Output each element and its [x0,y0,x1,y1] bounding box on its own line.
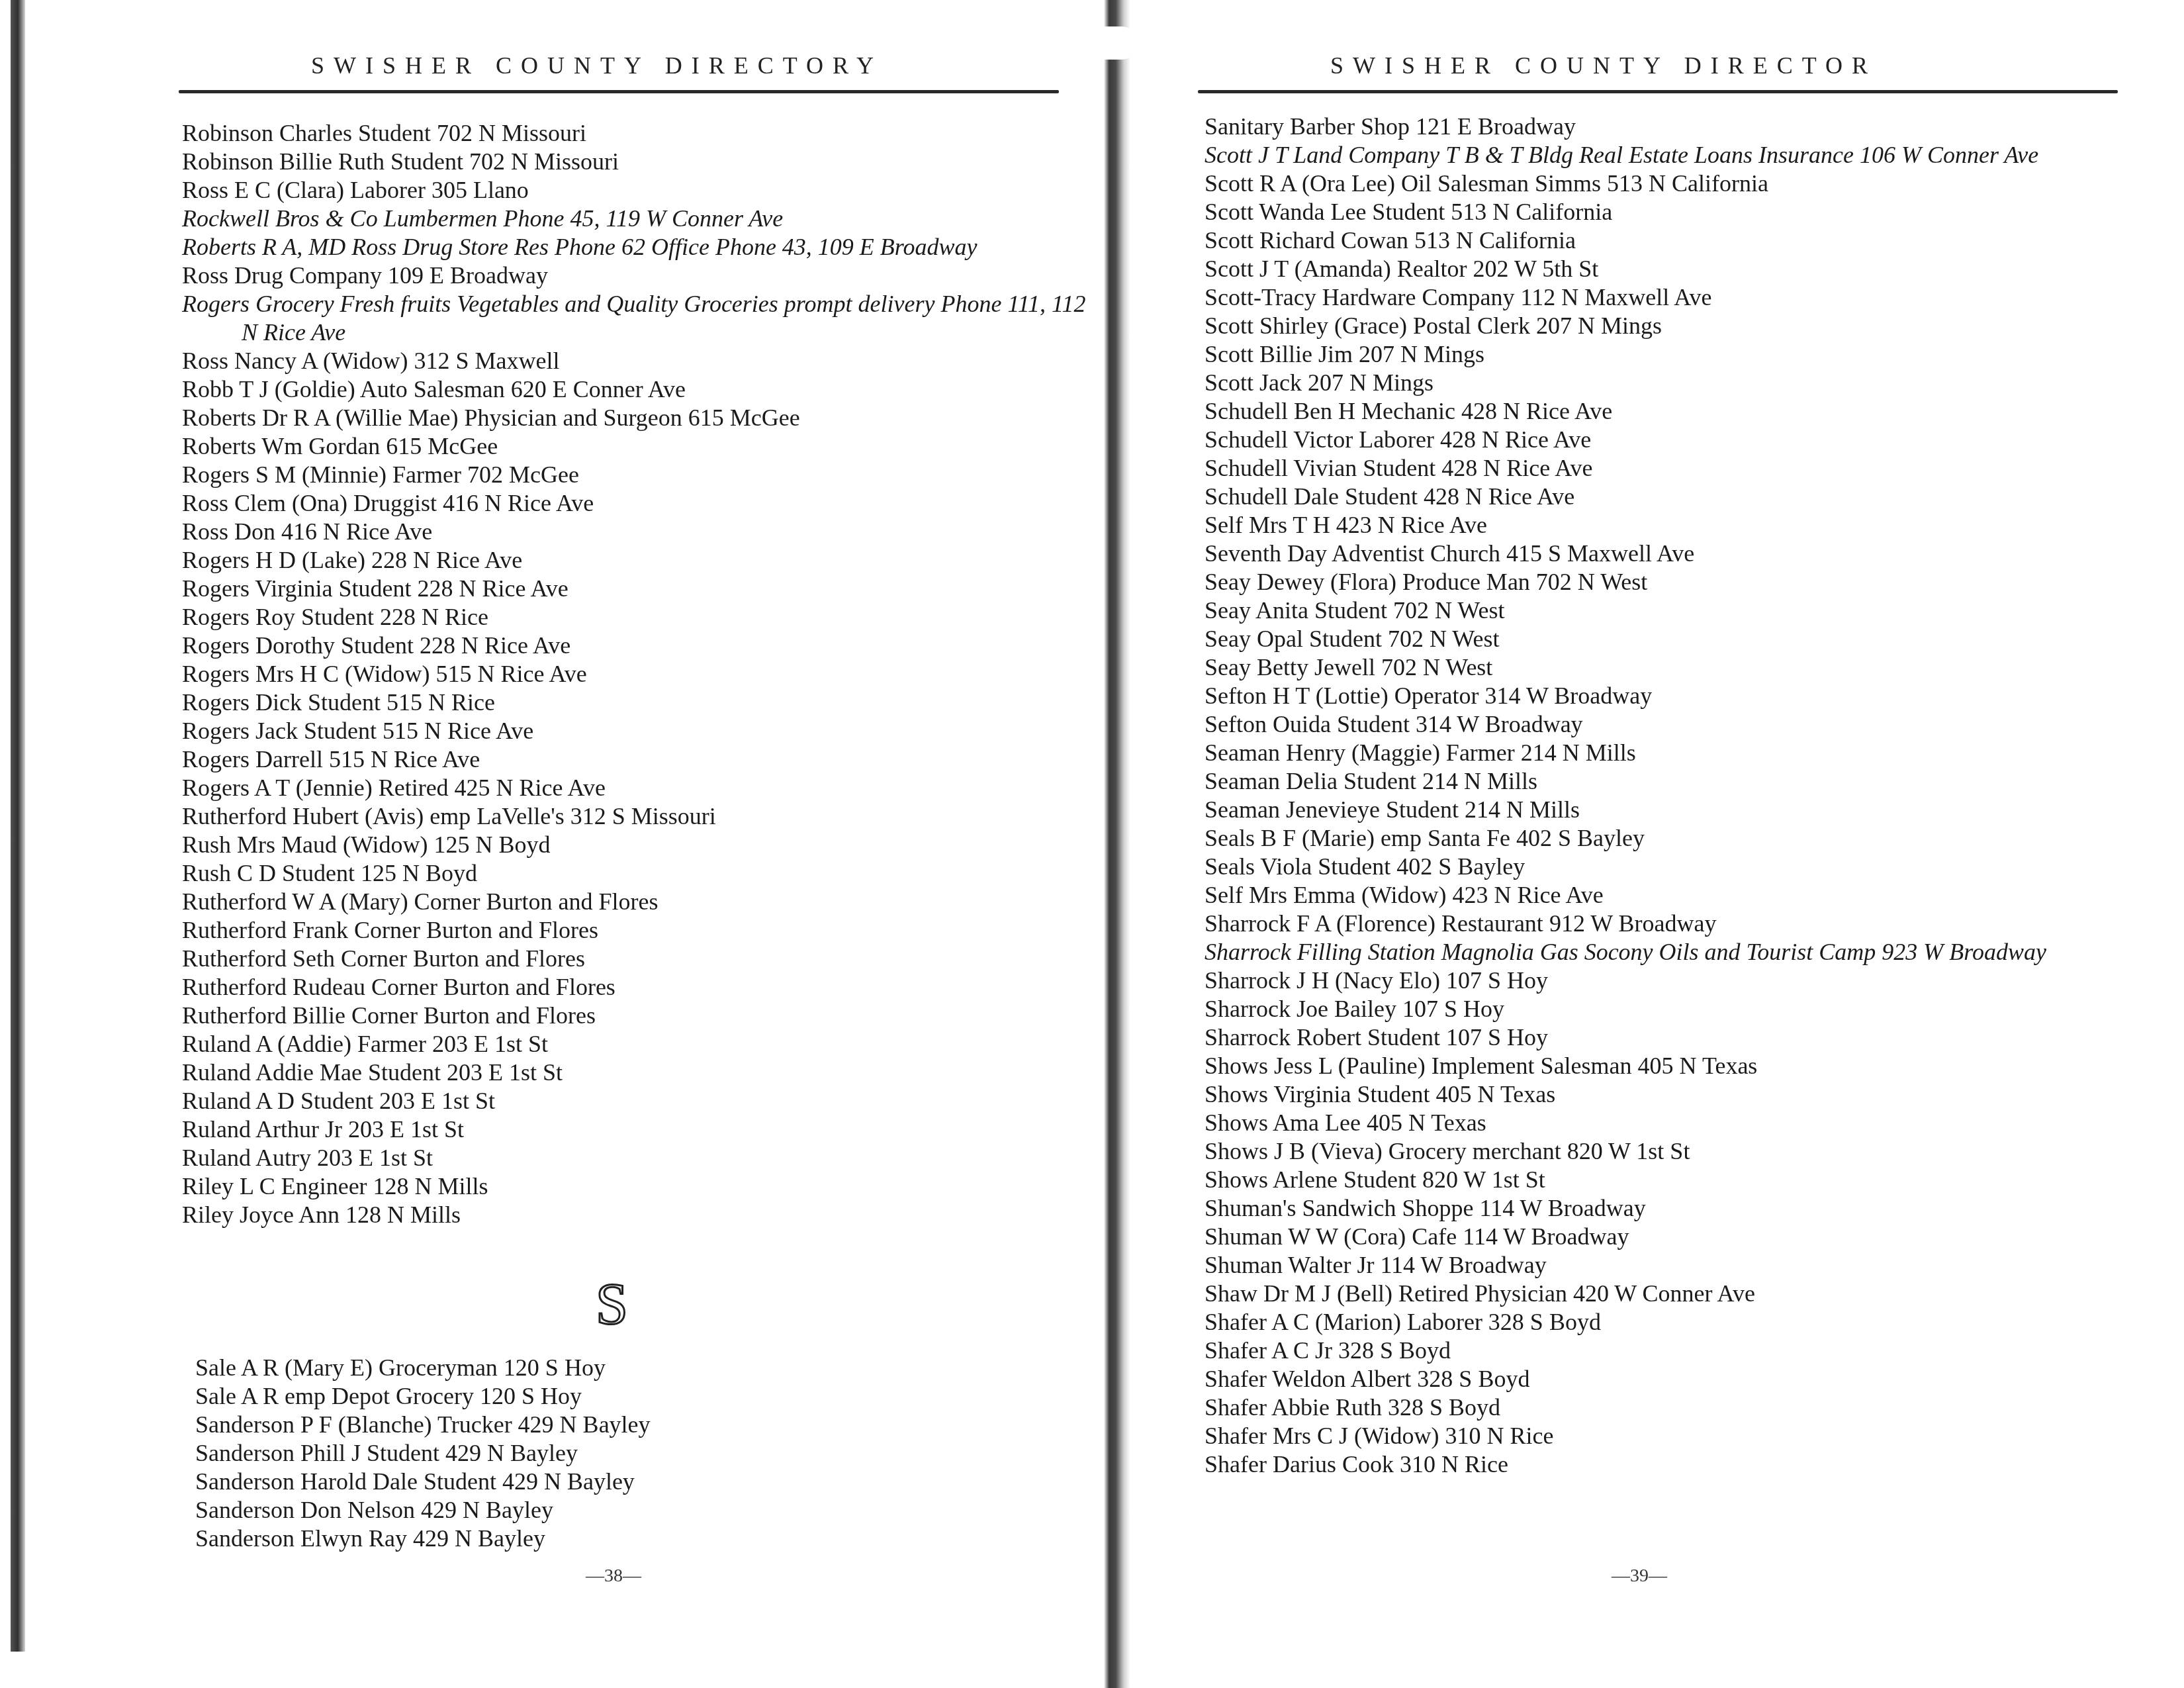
directory-entry: Sharrock Joe Bailey 107 S Hoy [1205,995,2144,1023]
directory-entry: Shafer Abbie Ruth 328 S Boyd [1205,1393,2144,1422]
directory-entry: Rogers Roy Student 228 N Rice [182,603,1095,632]
directory-entry: Schudell Dale Student 428 N Rice Ave [1205,483,2144,511]
directory-entry: Scott Shirley (Grace) Postal Clerk 207 N… [1205,312,2144,340]
directory-entry: Ruland Arthur Jr 203 E 1st St [182,1115,1095,1144]
directory-entry: Riley L C Engineer 128 N Mills [182,1172,1095,1201]
header-rule [179,90,1059,93]
directory-entry: Seay Betty Jewell 702 N West [1205,653,2144,682]
directory-entry: Ruland A D Student 203 E 1st St [182,1087,1095,1115]
directory-entry: Shafer A C Jr 328 S Boyd [1205,1336,2144,1365]
directory-entry: Sharrock Robert Student 107 S Hoy [1205,1023,2144,1052]
directory-entry: Rogers Virginia Student 228 N Rice Ave [182,575,1095,603]
directory-entry: Shows Ama Lee 405 N Texas [1205,1109,2144,1137]
directory-entry: Scott Billie Jim 207 N Mings [1205,340,2144,369]
directory-entry: Seaman Henry (Maggie) Farmer 214 N Mills [1205,739,2144,767]
directory-entry: Self Mrs T H 423 N Rice Ave [1205,511,2144,539]
directory-entry: Sefton Ouida Student 314 W Broadway [1205,710,2144,739]
directory-entry: Rutherford Frank Corner Burton and Flore… [182,916,1095,945]
directory-list-r: Robinson Charles Student 702 N MissouriR… [182,119,1095,1229]
directory-entry: Sharrock F A (Florence) Restaurant 912 W… [1205,910,2144,938]
directory-entry: Sanderson Harold Dale Student 429 N Bayl… [195,1468,1056,1496]
directory-entry: Sanitary Barber Shop 121 E Broadway [1205,113,2144,141]
directory-entry: Rutherford Hubert (Avis) emp LaVelle's 3… [182,802,1095,831]
page-39: SWISHER COUNTY DIRECTOR Sanitary Barber … [1118,0,2184,1688]
directory-entry: Shafer Weldon Albert 328 S Boyd [1205,1365,2144,1393]
running-head: SWISHER COUNTY DIRECTOR [1330,52,1877,79]
directory-entry: Scott-Tracy Hardware Company 112 N Maxwe… [1205,283,2144,312]
directory-entry: Rush C D Student 125 N Boyd [182,859,1095,888]
directory-entry: Sharrock Filling Station Magnolia Gas So… [1205,938,2144,966]
directory-entry: Seals Viola Student 402 S Bayley [1205,853,2144,881]
directory-entry: Scott Jack 207 N Mings [1205,369,2144,397]
header-rule [1198,90,2118,93]
directory-entry: Rogers H D (Lake) 228 N Rice Ave [182,546,1095,575]
directory-entry: Rogers S M (Minnie) Farmer 702 McGee [182,461,1095,489]
directory-entry: Ross Nancy A (Widow) 312 S Maxwell [182,347,1095,375]
directory-entry: Seventh Day Adventist Church 415 S Maxwe… [1205,539,2144,568]
directory-entry: Rutherford Rudeau Corner Burton and Flor… [182,973,1095,1002]
directory-entry: Rogers Dick Student 515 N Rice [182,688,1095,717]
running-head: SWISHER COUNTY DIRECTORY [311,52,883,79]
directory-entry: Shuman's Sandwich Shoppe 114 W Broadway [1205,1194,2144,1223]
directory-entry: Shows Arlene Student 820 W 1st St [1205,1166,2144,1194]
page-number: —39— [1612,1566,1667,1587]
directory-entry: Shafer Mrs C J (Widow) 310 N Rice [1205,1422,2144,1450]
directory-entry: Shows J B (Vieva) Grocery merchant 820 W… [1205,1137,2144,1166]
directory-entry: Rogers Jack Student 515 N Rice Ave [182,717,1095,745]
directory-list-s: Sale A R (Mary E) Groceryman 120 S HoySa… [195,1354,1056,1553]
directory-entry: Rogers Mrs H C (Widow) 515 N Rice Ave [182,660,1095,688]
directory-entry: Robinson Charles Student 702 N Missouri [182,119,1095,148]
directory-entry: Rutherford Seth Corner Burton and Flores [182,945,1095,973]
directory-entry: Robinson Billie Ruth Student 702 N Misso… [182,148,1095,176]
directory-entry: Seaman Jenevieye Student 214 N Mills [1205,796,2144,824]
directory-entry: Schudell Ben H Mechanic 428 N Rice Ave [1205,397,2144,426]
directory-entry: Rogers Grocery Fresh fruits Vegetables a… [182,290,1095,347]
page-38: SWISHER COUNTY DIRECTORY Robinson Charle… [0,0,1118,1688]
directory-entry: Rockwell Bros & Co Lumbermen Phone 45, 1… [182,205,1095,233]
directory-list-s-continued: Sanitary Barber Shop 121 E BroadwayScott… [1205,113,2144,1479]
directory-entry: Rogers A T (Jennie) Retired 425 N Rice A… [182,774,1095,802]
directory-entry: Scott R A (Ora Lee) Oil Salesman Simms 5… [1205,169,2144,198]
directory-entry: Shafer Darius Cook 310 N Rice [1205,1450,2144,1479]
page-number: —38— [586,1566,641,1587]
directory-entry: Sale A R (Mary E) Groceryman 120 S Hoy [195,1354,1056,1382]
directory-entry: Shuman W W (Cora) Cafe 114 W Broadway [1205,1223,2144,1251]
directory-entry: Self Mrs Emma (Widow) 423 N Rice Ave [1205,881,2144,910]
directory-entry: Riley Joyce Ann 128 N Mills [182,1201,1095,1229]
directory-entry: Schudell Vivian Student 428 N Rice Ave [1205,454,2144,483]
directory-entry: Scott J T (Amanda) Realtor 202 W 5th St [1205,255,2144,283]
directory-entry: Seaman Delia Student 214 N Mills [1205,767,2144,796]
directory-entry: Rutherford W A (Mary) Corner Burton and … [182,888,1095,916]
directory-entry: Shafer A C (Marion) Laborer 328 S Boyd [1205,1308,2144,1336]
directory-entry: Ross Clem (Ona) Druggist 416 N Rice Ave [182,489,1095,518]
section-letter-s: S [596,1271,628,1338]
directory-entry: Shaw Dr M J (Bell) Retired Physician 420… [1205,1280,2144,1308]
directory-entry: Ross E C (Clara) Laborer 305 Llano [182,176,1095,205]
directory-entry: Ruland Autry 203 E 1st St [182,1144,1095,1172]
directory-entry: Seay Dewey (Flora) Produce Man 702 N Wes… [1205,568,2144,596]
directory-entry: Sefton H T (Lottie) Operator 314 W Broad… [1205,682,2144,710]
directory-entry: Seay Anita Student 702 N West [1205,596,2144,625]
directory-entry: Seay Opal Student 702 N West [1205,625,2144,653]
directory-entry: Ross Don 416 N Rice Ave [182,518,1095,546]
directory-entry: Schudell Victor Laborer 428 N Rice Ave [1205,426,2144,454]
directory-entry: Ross Drug Company 109 E Broadway [182,261,1095,290]
directory-entry: Sanderson Phill J Student 429 N Bayley [195,1439,1056,1468]
directory-entry: Roberts Dr R A (Willie Mae) Physician an… [182,404,1095,432]
directory-entry: Ruland Addie Mae Student 203 E 1st St [182,1058,1095,1087]
directory-entry: Ruland A (Addie) Farmer 203 E 1st St [182,1030,1095,1058]
directory-entry: Sale A R emp Depot Grocery 120 S Hoy [195,1382,1056,1411]
directory-entry: Sanderson Don Nelson 429 N Bayley [195,1496,1056,1524]
directory-entry: Rogers Dorothy Student 228 N Rice Ave [182,632,1095,660]
directory-entry: Scott J T Land Company T B & T Bldg Real… [1205,141,2144,169]
directory-entry: Robb T J (Goldie) Auto Salesman 620 E Co… [182,375,1095,404]
directory-entry: Rutherford Billie Corner Burton and Flor… [182,1002,1095,1030]
directory-entry: Sanderson P F (Blanche) Trucker 429 N Ba… [195,1411,1056,1439]
directory-entry: Scott Wanda Lee Student 513 N California [1205,198,2144,226]
directory-entry: Roberts Wm Gordan 615 McGee [182,432,1095,461]
directory-entry: Sharrock J H (Nacy Elo) 107 S Hoy [1205,966,2144,995]
directory-entry: Rush Mrs Maud (Widow) 125 N Boyd [182,831,1095,859]
directory-entry: Seals B F (Marie) emp Santa Fe 402 S Bay… [1205,824,2144,853]
directory-entry: Sanderson Elwyn Ray 429 N Bayley [195,1524,1056,1553]
directory-entry: Shows Virginia Student 405 N Texas [1205,1080,2144,1109]
directory-entry: Roberts R A, MD Ross Drug Store Res Phon… [182,233,1095,261]
directory-entry: Scott Richard Cowan 513 N California [1205,226,2144,255]
directory-entry: Rogers Darrell 515 N Rice Ave [182,745,1095,774]
directory-entry: Shows Jess L (Pauline) Implement Salesma… [1205,1052,2144,1080]
directory-entry: Shuman Walter Jr 114 W Broadway [1205,1251,2144,1280]
